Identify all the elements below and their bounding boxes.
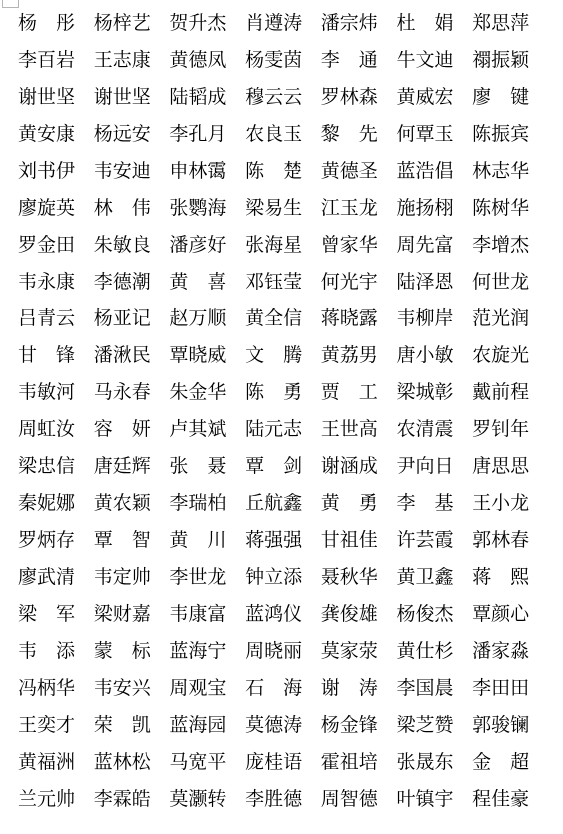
name-cell: 黄全信 (245, 301, 321, 338)
name-cell: 黄 川 (169, 522, 245, 559)
name-cell: 蓝鸿仪 (245, 596, 321, 633)
name-cell: 何光宇 (321, 264, 397, 301)
name-cell: 庞桂语 (245, 744, 321, 781)
name-cell: 何覃玉 (396, 116, 472, 153)
name-cell: 申林霭 (169, 153, 245, 190)
document-page: 杨 彤杨梓艺贺升杰肖遵涛潘宗炜杜 娟郑思萍李百岩王志康黄德凤杨雯茵李 通牛文迪禤… (0, 0, 563, 834)
name-cell: 李国晨 (396, 670, 472, 707)
name-cell: 谢涵成 (321, 448, 397, 485)
name-cell: 李瑞柏 (169, 485, 245, 522)
name-cell: 莫德涛 (245, 707, 321, 744)
name-cell: 蓝海宁 (169, 633, 245, 670)
name-cell: 周虹汝 (18, 411, 94, 448)
name-cell: 林志华 (472, 153, 548, 190)
name-cell: 罗金田 (18, 227, 94, 264)
name-cell: 叶镇宇 (396, 781, 472, 818)
name-cell: 韦柳岸 (396, 301, 472, 338)
name-cell: 钟立添 (245, 559, 321, 596)
name-cell: 覃晓威 (169, 337, 245, 374)
name-cell: 黄安康 (18, 116, 94, 153)
name-cell: 周晓丽 (245, 633, 321, 670)
name-cell: 张鹦海 (169, 190, 245, 227)
name-cell: 黄威宏 (396, 79, 472, 116)
name-cell: 周智德 (321, 781, 397, 818)
name-cell: 周先富 (396, 227, 472, 264)
name-cell: 杨俊杰 (396, 596, 472, 633)
name-cell: 陆元志 (245, 411, 321, 448)
name-cell: 唐廷辉 (94, 448, 170, 485)
name-cell: 潘彦好 (169, 227, 245, 264)
name-cell: 江玉龙 (321, 190, 397, 227)
name-cell: 李霖皓 (94, 781, 170, 818)
name-cell: 农清震 (396, 411, 472, 448)
name-cell: 牛文迪 (396, 42, 472, 79)
name-cell: 林 伟 (94, 190, 170, 227)
name-cell: 蓝浩倡 (396, 153, 472, 190)
name-cell: 韦 添 (18, 633, 94, 670)
name-cell: 罗炳存 (18, 522, 94, 559)
name-cell: 金 超 (472, 744, 548, 781)
name-cell: 甘 锋 (18, 337, 94, 374)
name-cell: 谢世坚 (18, 79, 94, 116)
name-cell: 杨远安 (94, 116, 170, 153)
name-cell: 陈振宾 (472, 116, 548, 153)
name-cell: 李 通 (321, 42, 397, 79)
table-cell-fragment (2, 0, 19, 8)
name-cell: 蓝海园 (169, 707, 245, 744)
name-cell: 黎 先 (321, 116, 397, 153)
name-cell: 禤振颖 (472, 42, 548, 79)
name-cell: 黄荔男 (321, 337, 397, 374)
name-cell: 容 妍 (94, 411, 170, 448)
name-cell: 马宽平 (169, 744, 245, 781)
name-cell: 邓钰莹 (245, 264, 321, 301)
name-cell: 梁 军 (18, 596, 94, 633)
name-cell: 荣 凯 (94, 707, 170, 744)
name-cell: 罗林森 (321, 79, 397, 116)
name-cell: 贾 工 (321, 374, 397, 411)
name-cell: 李增杰 (472, 227, 548, 264)
name-cell: 李百岩 (18, 42, 94, 79)
name-cell: 聂秋华 (321, 559, 397, 596)
name-cell: 黄仕杉 (396, 633, 472, 670)
name-cell: 陈 勇 (245, 374, 321, 411)
name-cell: 马永春 (94, 374, 170, 411)
name-cell: 贺升杰 (169, 5, 245, 42)
name-cell: 潘家淼 (472, 633, 548, 670)
name-cell: 石 海 (245, 670, 321, 707)
name-cell: 范光润 (472, 301, 548, 338)
name-cell: 丘航鑫 (245, 485, 321, 522)
name-cell: 梁芝赞 (396, 707, 472, 744)
name-cell: 卢其斌 (169, 411, 245, 448)
name-cell: 韦安迪 (94, 153, 170, 190)
name-cell: 蒋强强 (245, 522, 321, 559)
name-cell: 吕青云 (18, 301, 94, 338)
name-cell: 潘湫民 (94, 337, 170, 374)
name-cell: 王世高 (321, 411, 397, 448)
name-cell: 张晟东 (396, 744, 472, 781)
name-cell: 黄农颖 (94, 485, 170, 522)
name-cell: 黄德凤 (169, 42, 245, 79)
name-cell: 廖武清 (18, 559, 94, 596)
name-cell: 戴前程 (472, 374, 548, 411)
name-cell: 廖 键 (472, 79, 548, 116)
name-cell: 甘祖佳 (321, 522, 397, 559)
name-cell: 陈 楚 (245, 153, 321, 190)
name-cell: 肖遵涛 (245, 5, 321, 42)
name-cell: 李德潮 (94, 264, 170, 301)
name-cell: 黄福洲 (18, 744, 94, 781)
name-cell: 韦安兴 (94, 670, 170, 707)
name-cell: 霍祖培 (321, 744, 397, 781)
name-cell: 莫灏转 (169, 781, 245, 818)
name-cell: 张 聂 (169, 448, 245, 485)
name-cell: 农旋光 (472, 337, 548, 374)
name-cell: 罗钊年 (472, 411, 548, 448)
name-cell: 蒙 标 (94, 633, 170, 670)
name-cell: 黄德圣 (321, 153, 397, 190)
name-cell: 梁城彰 (396, 374, 472, 411)
name-cell: 谢世坚 (94, 79, 170, 116)
name-cell: 陈树华 (472, 190, 548, 227)
name-cell: 龚俊雄 (321, 596, 397, 633)
name-cell: 尹向日 (396, 448, 472, 485)
name-cell: 蒋 熙 (472, 559, 548, 596)
name-cell: 刘书伊 (18, 153, 94, 190)
name-cell: 杨亚记 (94, 301, 170, 338)
name-cell: 黄 喜 (169, 264, 245, 301)
name-cell: 周观宝 (169, 670, 245, 707)
name-cell: 王志康 (94, 42, 170, 79)
name-cell: 王小龙 (472, 485, 548, 522)
name-cell: 秦妮娜 (18, 485, 94, 522)
name-cell: 施扬栩 (396, 190, 472, 227)
name-cell: 覃 智 (94, 522, 170, 559)
name-cell: 韦永康 (18, 264, 94, 301)
name-cell: 莫家荥 (321, 633, 397, 670)
name-cell: 农良玉 (245, 116, 321, 153)
name-cell: 黄 勇 (321, 485, 397, 522)
name-cell: 黄卫鑫 (396, 559, 472, 596)
name-cell: 李世龙 (169, 559, 245, 596)
name-cell: 杨金锋 (321, 707, 397, 744)
name-cell: 文 腾 (245, 337, 321, 374)
name-cell: 陆韬成 (169, 79, 245, 116)
name-cell: 兰元帅 (18, 781, 94, 818)
name-cell: 韦定帅 (94, 559, 170, 596)
name-cell: 杨梓艺 (94, 5, 170, 42)
name-cell: 陆泽恩 (396, 264, 472, 301)
name-cell: 杜 娟 (396, 5, 472, 42)
name-cell: 蒋晓露 (321, 301, 397, 338)
name-cell: 赵万顺 (169, 301, 245, 338)
name-cell: 李田田 (472, 670, 548, 707)
name-cell: 李 基 (396, 485, 472, 522)
name-cell: 程佳豪 (472, 781, 548, 818)
name-cell: 梁忠信 (18, 448, 94, 485)
name-cell: 杨雯茵 (245, 42, 321, 79)
name-cell: 郑思萍 (472, 5, 548, 42)
name-cell: 郭骏镧 (472, 707, 548, 744)
name-cell: 冯柄华 (18, 670, 94, 707)
name-cell: 穆云云 (245, 79, 321, 116)
name-cell: 杨 彤 (18, 5, 94, 42)
name-cell: 谢 涛 (321, 670, 397, 707)
name-cell: 李胜德 (245, 781, 321, 818)
name-grid: 杨 彤杨梓艺贺升杰肖遵涛潘宗炜杜 娟郑思萍李百岩王志康黄德凤杨雯茵李 通牛文迪禤… (18, 5, 548, 818)
name-cell: 朱金华 (169, 374, 245, 411)
name-cell: 李孔月 (169, 116, 245, 153)
name-cell: 覃 剑 (245, 448, 321, 485)
name-cell: 蓝林松 (94, 744, 170, 781)
name-cell: 潘宗炜 (321, 5, 397, 42)
name-cell: 梁易生 (245, 190, 321, 227)
name-cell: 廖旋英 (18, 190, 94, 227)
name-cell: 何世龙 (472, 264, 548, 301)
name-cell: 覃颜心 (472, 596, 548, 633)
name-cell: 张海星 (245, 227, 321, 264)
name-cell: 韦敏河 (18, 374, 94, 411)
name-cell: 许芸霞 (396, 522, 472, 559)
name-cell: 曾家华 (321, 227, 397, 264)
name-cell: 朱敏良 (94, 227, 170, 264)
name-cell: 唐小敏 (396, 337, 472, 374)
name-cell: 郭林春 (472, 522, 548, 559)
name-cell: 韦康富 (169, 596, 245, 633)
name-cell: 王奕才 (18, 707, 94, 744)
name-cell: 梁财嘉 (94, 596, 170, 633)
name-cell: 唐思思 (472, 448, 548, 485)
